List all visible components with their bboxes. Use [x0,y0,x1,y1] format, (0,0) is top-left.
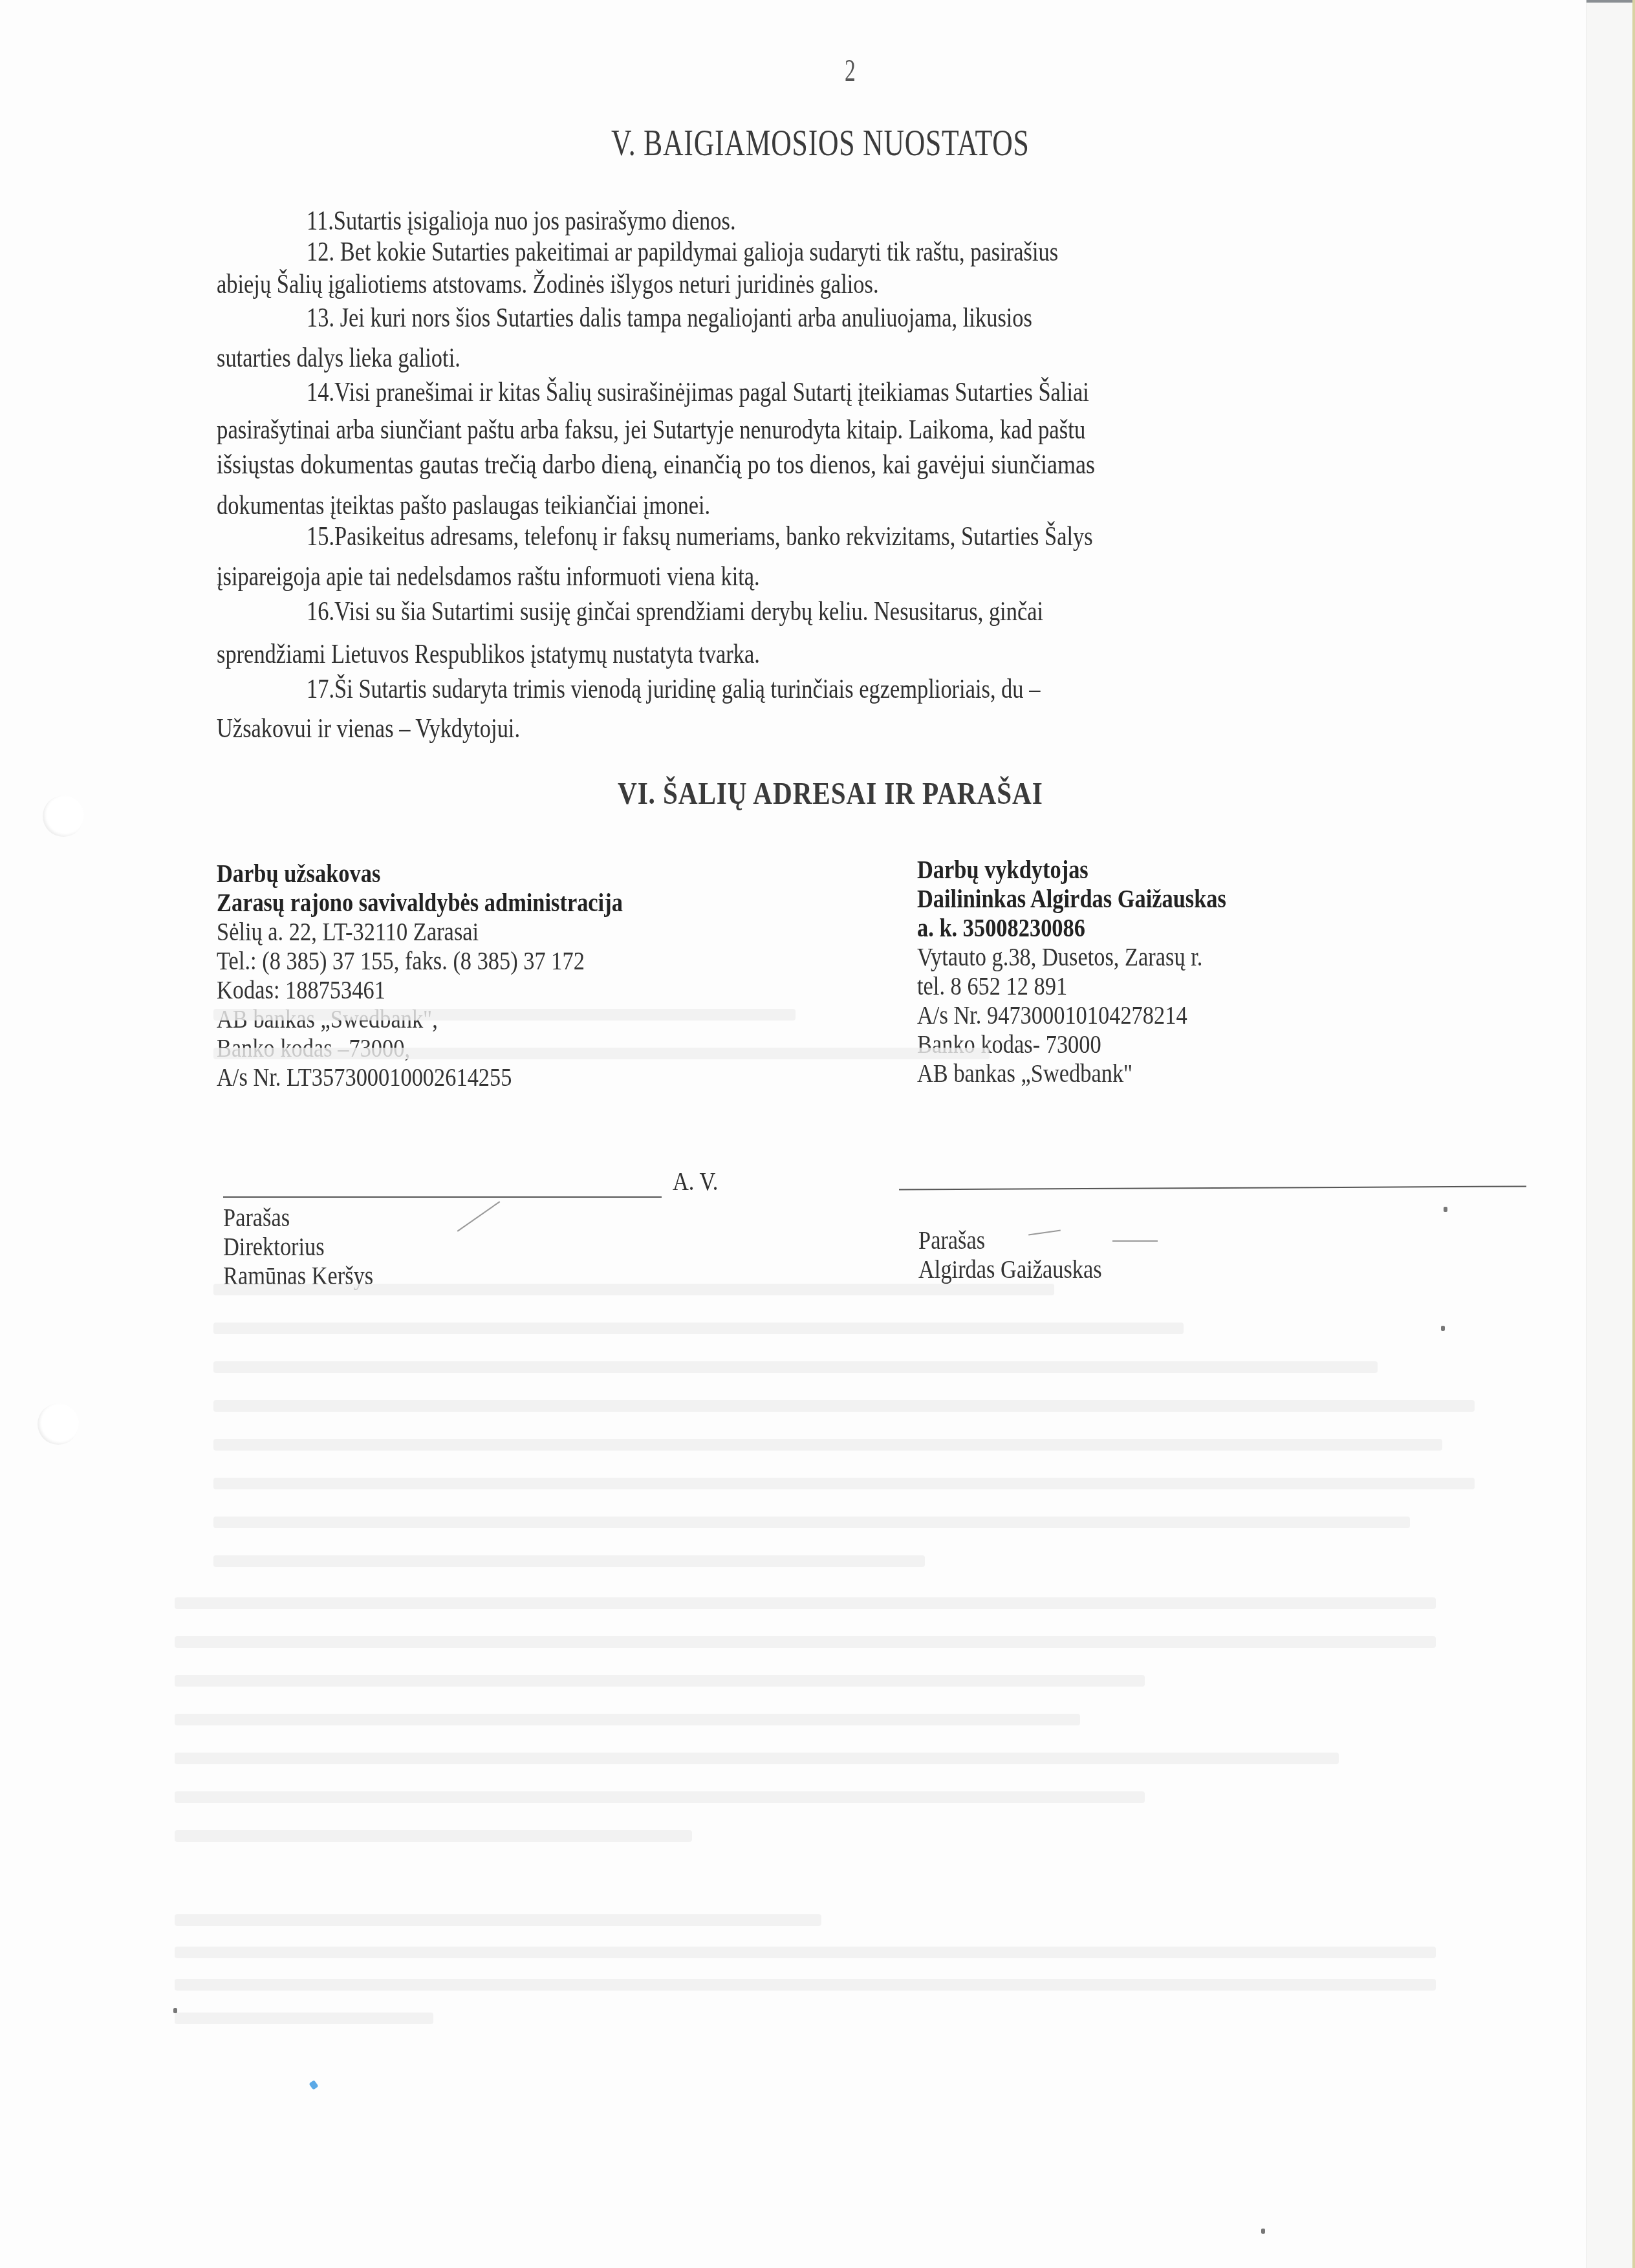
contractor-signature-label: Parašas [918,1226,1102,1255]
section-5-title: V. BAIGIAMOSIOS NUOSTATOS [611,123,1030,164]
signature-mark [457,1201,501,1232]
clause-14-cont-1: pasirašytinai arba siunčiant paštu arba … [217,415,1085,446]
clause-12-cont: abiejų Šalių įgaliotiems atstovams. Žodi… [217,269,879,300]
contractor-personal-code: a. k. 35008230086 [917,913,1226,942]
customer-phone: Tel.: (8 385) 37 155, faks. (8 385) 37 1… [217,946,623,975]
bleed-through-text [213,1517,1410,1528]
contractor-account: A/s Nr. 947300010104278214 [917,1000,1226,1030]
scan-speck [1444,1207,1447,1212]
customer-account: A/s Nr. LT357300010002614255 [217,1063,623,1092]
bleed-through-text [175,1714,1080,1725]
scan-speck [1261,2229,1265,2234]
section-6-title: VI. ŠALIŲ ADRESAI IR PARAŠAI [618,776,1043,812]
customer-position: Direktorius [223,1232,373,1261]
scanned-page: 2 V. BAIGIAMOSIOS NUOSTATOS 11.Sutartis … [0,0,1635,2268]
bleed-through-text [213,1361,1378,1373]
customer-signature-label: Parašas [223,1203,373,1232]
customer-signature-block: Parašas Direktorius Ramūnas Keršys [223,1203,398,1290]
blue-ink-speck [309,2080,318,2090]
contractor-address: Vytauto g.38, Dusetos, Zarasų r. [917,942,1226,971]
bleed-through-text [175,1947,1436,1958]
clause-15: 15.Pasikeitus adresams, telefonų ir faks… [307,521,1093,552]
page-number: 2 [845,53,856,89]
contractor-signature-line [899,1185,1526,1190]
bleed-through-text [175,1597,1436,1609]
customer-name: Zarasų rajono savivaldybės administracij… [217,888,623,917]
bleed-through-text [213,1323,1184,1334]
bleed-through-text [213,1478,1475,1489]
bleed-through-text [213,1439,1442,1451]
hole-punch-mark [38,1403,79,1445]
clause-17-cont: Užsakovui ir vienas – Vykdytojui. [217,713,520,744]
bleed-through-text [175,1791,1145,1803]
clause-14: 14.Visi pranešimai ir kitas Šalių susira… [307,377,1089,408]
clause-16: 16.Visi su šia Sutartimi susiję ginčai s… [307,596,1043,627]
scan-edge-strip [1586,0,1635,2268]
clause-16-cont: sprendžiami Lietuvos Respublikos įstatym… [217,639,760,670]
scan-speck [1441,1326,1445,1331]
contractor-signature-block: Parašas Algirdas Gaižauskas [918,1226,1132,1284]
bleed-through-text [175,1636,1436,1648]
bleed-through-text [175,1914,821,1926]
bleed-through-text [213,1009,796,1021]
contractor-signer: Algirdas Gaižauskas [918,1255,1102,1284]
clause-14-cont-2: išsiųstas dokumentas gautas trečią darbo… [217,449,1095,481]
bleed-through-text [175,1979,1436,1991]
contractor-name: Dailininkas Algirdas Gaižauskas [917,884,1226,913]
clause-11: 11.Sutartis įsigalioja nuo jos pasirašym… [307,206,736,237]
stamp-mark: A. V. [673,1166,718,1196]
bleed-through-text [213,1400,1475,1412]
bleed-through-text [213,1555,925,1567]
hole-punch-mark [43,795,84,837]
scan-speck [173,2008,177,2013]
bleed-through-text [175,1675,1145,1687]
customer-role: Darbų užsakovas [217,859,623,888]
customer-code: Kodas: 188753461 [217,975,623,1004]
bleed-through-text [175,1830,692,1842]
bleed-through-text [175,1753,1339,1764]
clause-13: 13. Jei kuri nors šios Sutarties dalis t… [307,303,1032,334]
clause-12: 12. Bet kokie Sutarties pakeitimai ar pa… [307,237,1058,268]
bleed-through-text [175,2013,433,2024]
contractor-role: Darbų vykdytojas [917,855,1226,884]
clause-14-cont-3: dokumentas įteiktas pašto paslaugas teik… [217,490,710,521]
contractor-phone: tel. 8 652 12 891 [917,971,1226,1000]
clause-13-cont: sutarties dalys lieka galioti. [217,343,460,374]
scan-edge-border [1632,0,1635,2268]
clause-17: 17.Ši Sutartis sudaryta trimis vienodą j… [307,674,1040,705]
contractor-bank: AB bankas „Swedbank" [917,1059,1226,1088]
bleed-through-text [213,1048,990,1059]
bleed-through-text [213,1284,1054,1295]
customer-address: Sėlių a. 22, LT-32110 Zarasai [217,917,623,946]
clause-15-cont: įsipareigoja apie tai nedelsdamos raštu … [217,561,760,592]
customer-signature-line [223,1196,662,1198]
